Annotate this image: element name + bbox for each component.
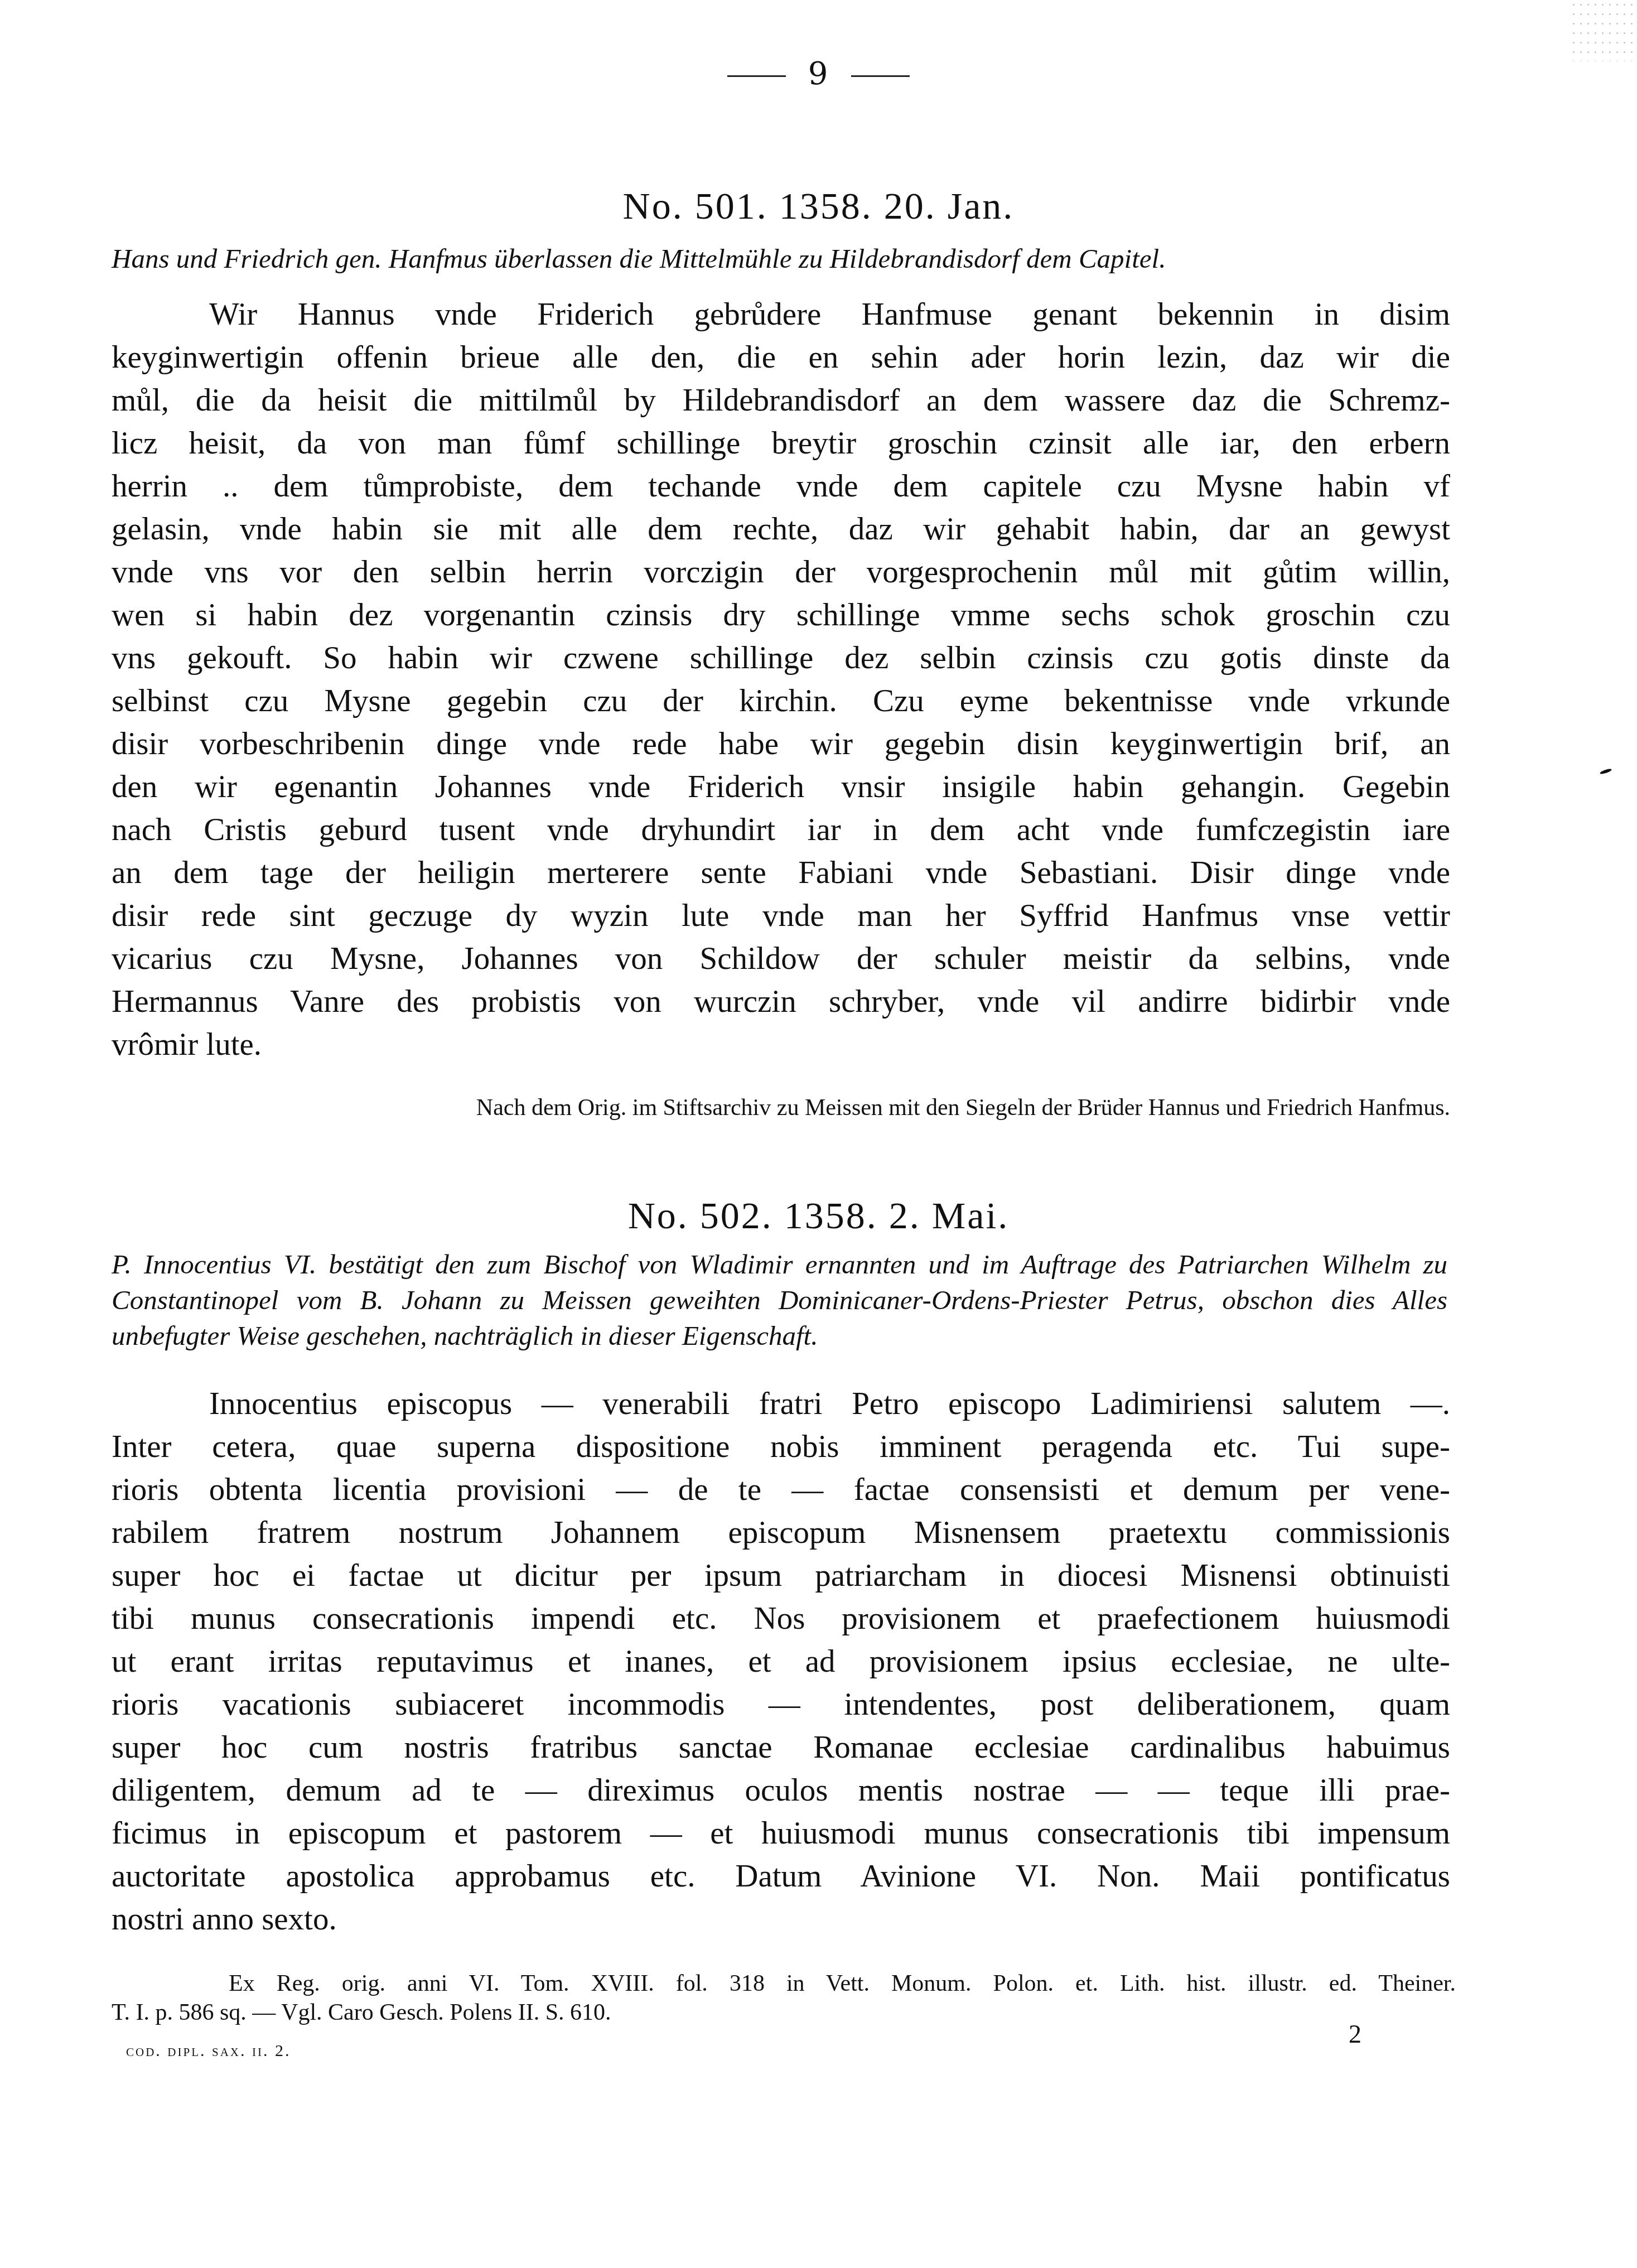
document-regest-501: Hans und Friedrich gen. Hanfmus überlass… bbox=[112, 241, 1447, 277]
scan-speck bbox=[1600, 768, 1612, 775]
page-number-value: 9 bbox=[808, 56, 829, 92]
body-line: ut erant irritas reputavimus et inanes, … bbox=[112, 1640, 1450, 1683]
body-line: super hoc cum nostris fratribus sanctae … bbox=[112, 1726, 1450, 1769]
body-line: rabilem fratrem nostrum Johannem episcop… bbox=[112, 1511, 1450, 1554]
body-line: wen si habin dez vorgenantin czinsis dry… bbox=[112, 593, 1450, 636]
body-line: den wir egenantin Johannes vnde Frideric… bbox=[112, 765, 1450, 808]
body-line: tibi munus consecrationis impendi etc. N… bbox=[112, 1597, 1450, 1640]
body-line: Wir Hannus vnde Friderich gebrůdere Hanf… bbox=[112, 293, 1450, 336]
body-line: diligentem, demum ad te — direximus ocul… bbox=[112, 1769, 1450, 1812]
document-body-502: Innocentius episcopus — venerabili fratr… bbox=[112, 1382, 1450, 1941]
body-line: rioris vacationis subiaceret incommodis … bbox=[112, 1683, 1450, 1726]
scanned-page: 9 No. 501. 1358. 20. Jan. Hans und Fried… bbox=[0, 0, 1637, 2268]
body-line: vicarius czu Mysne, Johannes von Schildo… bbox=[112, 937, 1450, 980]
body-line: an dem tage der heiligin merterere sente… bbox=[112, 851, 1450, 894]
body-line: super hoc ei factae ut dicitur per ipsum… bbox=[112, 1554, 1450, 1597]
document-regest-502: P. Innocentius VI. bestätigt den zum Bis… bbox=[112, 1247, 1447, 1354]
body-line: můl, die da heisit die mittilmůl by Hild… bbox=[112, 379, 1450, 422]
body-line: nach Cristis geburd tusent vnde dryhundi… bbox=[112, 808, 1450, 851]
body-line: vnde vns vor den selbin herrin vorczigin… bbox=[112, 551, 1450, 593]
body-line: vrômir lute. bbox=[112, 1023, 1450, 1066]
page-number: 9 bbox=[0, 59, 1637, 90]
document-body-501: Wir Hannus vnde Friderich gebrůdere Hanf… bbox=[112, 293, 1450, 1066]
body-line: herrin .. dem tůmprobiste, dem techande … bbox=[112, 465, 1450, 508]
body-line: gelasin, vnde habin sie mit alle dem rec… bbox=[112, 508, 1450, 551]
source-note-line: Ex Reg. orig. anni VI. Tom. XVIII. fol. … bbox=[112, 1969, 1456, 1998]
body-line: disir vorbeschribenin dinge vnde rede ha… bbox=[112, 722, 1450, 765]
source-note-line: T. I. p. 586 sq. — Vgl. Caro Gesch. Pole… bbox=[112, 1998, 1456, 2027]
body-line: vns gekouft. So habin wir czwene schilli… bbox=[112, 636, 1450, 679]
document-heading-502: No. 502. 1358. 2. Mai. bbox=[0, 1196, 1637, 1234]
signature-mark: cod. dipl. sax. ii. 2. bbox=[126, 2042, 291, 2060]
page-number-dash-right bbox=[851, 75, 910, 77]
body-line: Inter cetera, quae superna dispositione … bbox=[112, 1425, 1450, 1468]
body-line: auctoritate apostolica approbamus etc. D… bbox=[112, 1855, 1450, 1898]
body-line: Innocentius episcopus — venerabili fratr… bbox=[112, 1382, 1450, 1425]
body-line: disir rede sint geczuge dy wyzin lute vn… bbox=[112, 894, 1450, 937]
document-heading-501: No. 501. 1358. 20. Jan. bbox=[0, 187, 1637, 225]
scan-edge-noise bbox=[1570, 0, 1637, 61]
body-line: Hermannus Vanre des probistis von wurczi… bbox=[112, 980, 1450, 1023]
body-line: nostri anno sexto. bbox=[112, 1898, 1450, 1941]
source-note-501: Nach dem Orig. im Stiftsarchiv zu Meisse… bbox=[223, 1093, 1450, 1122]
body-line: selbinst czu Mysne gegebin czu der kirch… bbox=[112, 679, 1450, 722]
body-line: rioris obtenta licentia provisioni — de … bbox=[112, 1468, 1450, 1511]
page-number-dash-left bbox=[727, 75, 786, 77]
source-note-502: Ex Reg. orig. anni VI. Tom. XVIII. fol. … bbox=[112, 1969, 1456, 2027]
body-line: licz heisit, da von man fůmf schillinge … bbox=[112, 422, 1450, 465]
body-line: keyginwertigin offenin brieue alle den, … bbox=[112, 336, 1450, 379]
sheet-number: 2 bbox=[1349, 2019, 1361, 2049]
body-line: ficimus in episcopum et pastorem — et hu… bbox=[112, 1812, 1450, 1855]
